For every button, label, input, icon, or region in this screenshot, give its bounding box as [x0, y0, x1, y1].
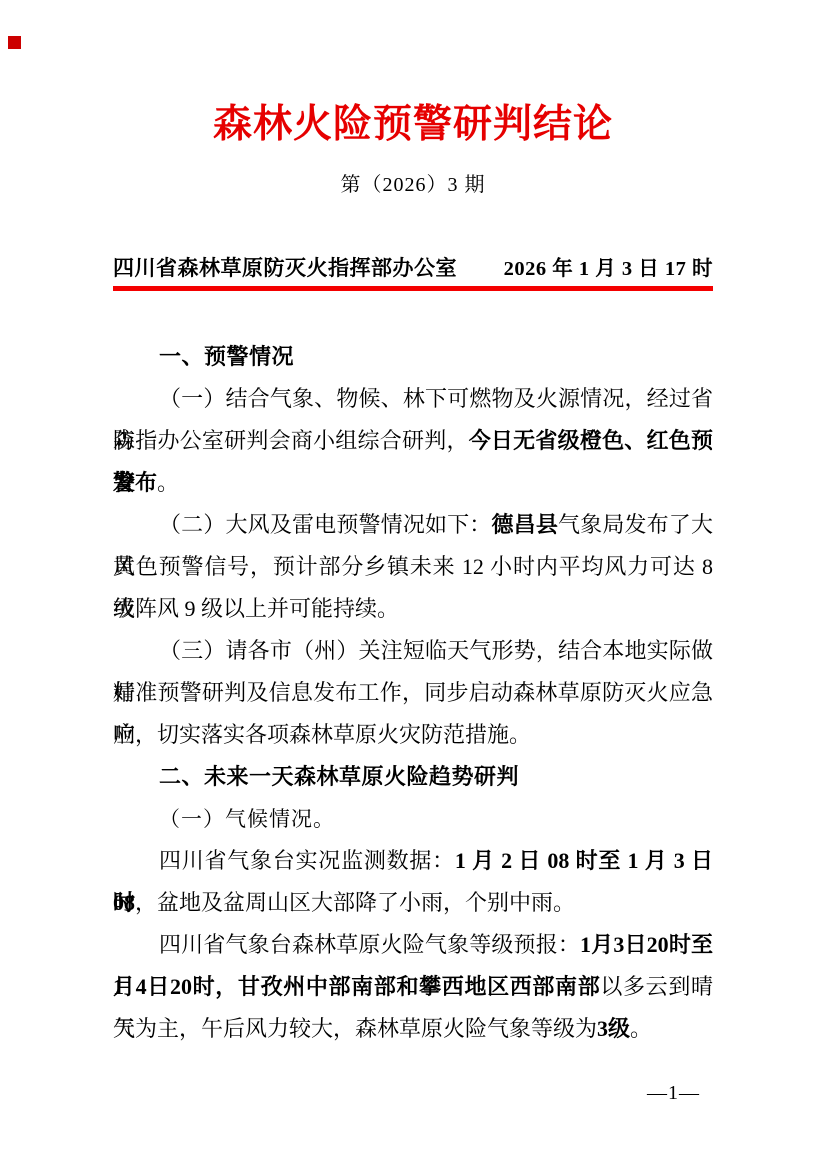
para-2-line-1: （二）大风及雷电预警情况如下：德昌县气象局发布了大风 [113, 504, 713, 546]
issuer-name: 四川省森林草原防灭火指挥部办公室 [113, 253, 457, 283]
para-4-bold-text: 时 [113, 890, 135, 915]
para-5-bold-text: 3级 [597, 1016, 630, 1041]
para-4-line-1: 四川省气象台实况监测数据：1 月 2 日 08 时至 1 月 3 日 08 [113, 840, 713, 882]
para-3-line-3: 应，切实落实各项森林草原火灾防范措施。 [113, 714, 713, 756]
issue-datetime: 2026 年 1 月 3 日 17 时 [504, 254, 713, 284]
section-2-subheading: （一）气候情况。 [113, 798, 713, 840]
para-2-text: （二）大风及雷电预警情况如下： [159, 512, 491, 537]
para-1-line-1: （一）结合气象、物候、林下可燃物及火源情况，经过省森 [113, 378, 713, 420]
section-2-heading: 二、未来一天森林草原火险趋势研判 [113, 756, 713, 798]
para-3-line-2: 精准预警研判及信息发布工作，同步启动森林草原防灭火应急响 [113, 672, 713, 714]
document-page: 森林火险预警研判结论 第（2026）3 期 四川省森林草原防灭火指挥部办公室 2… [0, 0, 826, 1169]
para-3-text: 应，切实落实各项森林草原火灾防范措施。 [113, 722, 531, 747]
para-1-line-3: 发布。 [113, 462, 713, 504]
masthead: 四川省森林草原防灭火指挥部办公室 2026 年 1 月 3 日 17 时 [113, 253, 713, 284]
para-5-text: 四川省气象台森林草原火险气象等级预报： [159, 932, 580, 957]
para-4-text: 四川省气象台实况监测数据： [159, 848, 455, 873]
para-5-line-3: 气为主，午后风力较大，森林草原火险气象等级为3级。 [113, 1008, 713, 1050]
section-1-heading-text: 一、预警情况 [159, 344, 294, 369]
document-body: 一、预警情况 （一）结合气象、物候、林下可燃物及火源情况，经过省森 防指办公室研… [113, 336, 713, 1050]
red-divider-rule [113, 286, 713, 291]
issue-number: 第（2026）3 期 [0, 172, 826, 198]
para-3-line-1: （三）请各市（州）关注短临天气形势，结合本地实际做好 [113, 630, 713, 672]
para-4-line-2: 时，盆地及盆周山区大部降了小雨，个别中雨。 [113, 882, 713, 924]
section-2-heading-text: 二、未来一天森林草原火险趋势研判 [159, 764, 519, 789]
para-5-text: 。 [630, 1016, 652, 1041]
para-2-text: 或阵风 9 级以上并可能持续。 [113, 596, 399, 621]
para-1-line-2: 防指办公室研判会商小组综合研判，今日无省级橙色、红色预警 [113, 420, 713, 462]
document-title: 森林火险预警研判结论 [0, 100, 826, 150]
corner-red-square [8, 36, 21, 49]
para-4-text: ，盆地及盆周山区大部降了小雨，个别中雨。 [135, 890, 575, 915]
para-5-line-2: 月4日20时，甘孜州中部南部和攀西地区西部南部以多云到晴天 [113, 966, 713, 1008]
para-2-bold-text: 德昌县 [491, 512, 558, 537]
section-2-subheading-text: （一）气候情况。 [159, 807, 335, 831]
para-2-line-3: 或阵风 9 级以上并可能持续。 [113, 588, 713, 630]
page-number: —1— [647, 1080, 700, 1106]
para-1-bold-text: 发布 [113, 470, 157, 495]
para-1-text: 。 [157, 470, 179, 495]
para-1-text: 防指办公室研判会商小组综合研判， [113, 428, 469, 453]
section-1-heading: 一、预警情况 [113, 336, 713, 378]
para-2-line-2: 黄色预警信号，预计部分乡镇未来 12 小时内平均风力可达 8 级 [113, 546, 713, 588]
para-5-line-1: 四川省气象台森林草原火险气象等级预报：1月3日20时至1 [113, 924, 713, 966]
para-5-text: 气为主，午后风力较大，森林草原火险气象等级为 [113, 1016, 597, 1041]
para-5-bold-text: 月4日20时，甘孜州中部南部和攀西地区西部南部 [113, 974, 600, 999]
